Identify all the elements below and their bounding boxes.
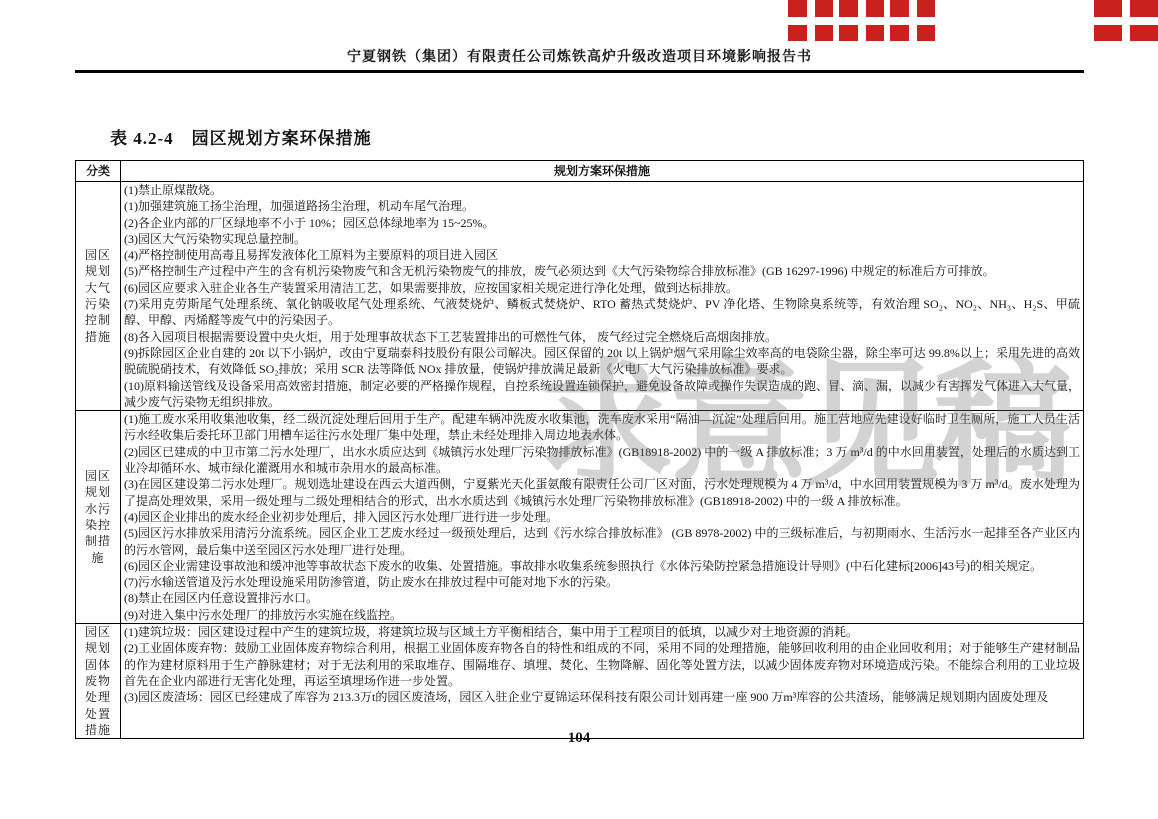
red-grid-logo-tile xyxy=(890,0,935,41)
measure-item: (1)加强建筑施工扬尘治理，加强道路扬尘治理，机动车尾气治理。 xyxy=(124,198,1080,214)
header-rule xyxy=(75,70,1084,73)
table-row: 园区规划大气污染控制措施 (1)禁止原煤散烧。 (1)加强建筑施工扬尘治理，加强… xyxy=(76,182,1084,411)
red-grid-logo-tile xyxy=(788,0,833,41)
category-cell-water-pollution: 园区规划水污染控制措施 xyxy=(76,411,121,624)
document-header-title: 宁夏钢铁（集团）有限责任公司炼铁高炉升级改造项目环境影响报告书 xyxy=(75,46,1084,66)
measure-item: (8)禁止在园区内任意设置排污水口。 xyxy=(124,590,1080,606)
column-header-category: 分类 xyxy=(76,161,121,182)
measure-item: (6)园区企业需建设事故池和缓冲池等事故状态下废水的收集、处置措施。事故排水收集… xyxy=(124,558,1080,574)
measure-item: (3)园区废渣场：园区已经建成了库容为 213.3万t的园区废渣场，园区入驻企业… xyxy=(124,689,1080,705)
measure-item: (7)污水输送管道及污水处理设施采用防渗管道，防止废水在排放过程中可能对地下水的… xyxy=(124,574,1080,590)
table-row: 园区规划固体废物处理处置措施 (1)建筑垃圾：园区建设过程中产生的建筑垃圾，将建… xyxy=(76,624,1084,739)
measures-cell-water-pollution: (1)施工废水采用收集池收集，经二级沉淀处理后回用于生产。配建车辆冲洗废水收集池… xyxy=(121,411,1084,624)
document-page: 宁夏钢铁（集团）有限责任公司炼铁高炉升级改造项目环境影响报告书 表 4.2-4 … xyxy=(0,0,1158,819)
measure-item: (1)施工废水采用收集池收集，经二级沉淀处理后回用于生产。配建车辆冲洗废水收集池… xyxy=(124,411,1080,444)
measure-item: (10)原料输送管线及设备采用高效密封措施，制定必要的严格操作规程，自控系统设置… xyxy=(124,378,1080,411)
measure-item: (1)建筑垃圾：园区建设过程中产生的建筑垃圾，将建筑垃圾与区域土方平衡相结合，集… xyxy=(124,624,1080,640)
white-cross-icon xyxy=(839,0,884,41)
measure-item: (1)禁止原煤散烧。 xyxy=(124,182,1080,198)
measure-item: (5)园区污水排放采用清污分流系统。园区企业工艺废水经过一级预处理后，达到《污水… xyxy=(124,525,1080,558)
measure-item: (4)严格控制使用高毒且易挥发液体化工原料为主要原料的项目进入园区 xyxy=(124,247,1080,263)
measure-item: (2)园区已建成的中卫市第二污水处理厂，出水水质应达到《城镇污水处理厂污染物排放… xyxy=(124,444,1080,477)
measure-item: (6)园区应要求入驻企业各生产装置采用清洁工艺，如果需要排放，应按国家相关规定进… xyxy=(124,280,1080,296)
measure-item: (5)严格控制生产过程中产生的含有机污染物废气和含无机污染物废气的排放，废气必须… xyxy=(124,263,1080,279)
white-cross-icon xyxy=(1094,0,1158,41)
page-number: 104 xyxy=(0,730,1158,747)
measures-cell-air-pollution: (1)禁止原煤散烧。 (1)加强建筑施工扬尘治理，加强道路扬尘治理，机动车尾气治… xyxy=(121,182,1084,411)
column-header-measures: 规划方案环保措施 xyxy=(121,161,1084,182)
red-grid-logo-tile xyxy=(839,0,884,41)
measure-item: (9)对进入集中污水处理厂的排放污水实施在线监控。 xyxy=(124,607,1080,623)
table-row: 园区规划水污染控制措施 (1)施工废水采用收集池收集，经二级沉淀处理后回用于生产… xyxy=(76,411,1084,624)
measure-item: (7)采用克劳斯尾气处理系统、氧化钠吸收尾气处理系统、气液焚烧炉、鳞板式焚烧炉、… xyxy=(124,296,1080,329)
measure-item: (3)在园区建设第二污水处理厂。规划选址建设在西云大道西侧，宁夏紫光天化蛋氨酸有… xyxy=(124,476,1080,509)
category-cell-air-pollution: 园区规划大气污染控制措施 xyxy=(76,182,121,411)
measure-item: (2)工业固体废弃物：鼓励工业固体废弃物综合利用，根据工业固体废弃物各自的特性和… xyxy=(124,640,1080,689)
red-grid-logo-tile-corner xyxy=(1094,0,1158,41)
measure-item: (4)园区企业排出的废水经企业初步处理后，排入园区污水处理厂进行进一步处理。 xyxy=(124,509,1080,525)
environmental-measures-table: 分类 规划方案环保措施 园区规划大气污染控制措施 (1)禁止原煤散烧。 (1)加… xyxy=(75,160,1084,739)
white-cross-icon xyxy=(788,0,833,41)
measure-item: (2)各企业内部的厂区绿地率不小于 10%；园区总体绿地率为 15~25%。 xyxy=(124,215,1080,231)
measure-item: (3)园区大气污染物实现总量控制。 xyxy=(124,231,1080,247)
category-cell-solid-waste: 园区规划固体废物处理处置措施 xyxy=(76,624,121,739)
table-header-row: 分类 规划方案环保措施 xyxy=(76,161,1084,182)
table-caption: 表 4.2-4 园区规划方案环保措施 xyxy=(110,124,372,149)
measure-item: (8)各入园项目根据需要设置中央火炬，用于处理事故状态下工艺装置排出的可燃性气体… xyxy=(124,329,1080,345)
measures-cell-solid-waste: (1)建筑垃圾：园区建设过程中产生的建筑垃圾，将建筑垃圾与区域土方平衡相结合，集… xyxy=(121,624,1084,739)
white-cross-icon xyxy=(890,0,935,41)
measure-item: (9)拆除园区企业自建的 20t 以下小锅炉，改由宁夏瑞泰科技股份有限公司解决。… xyxy=(124,345,1080,378)
